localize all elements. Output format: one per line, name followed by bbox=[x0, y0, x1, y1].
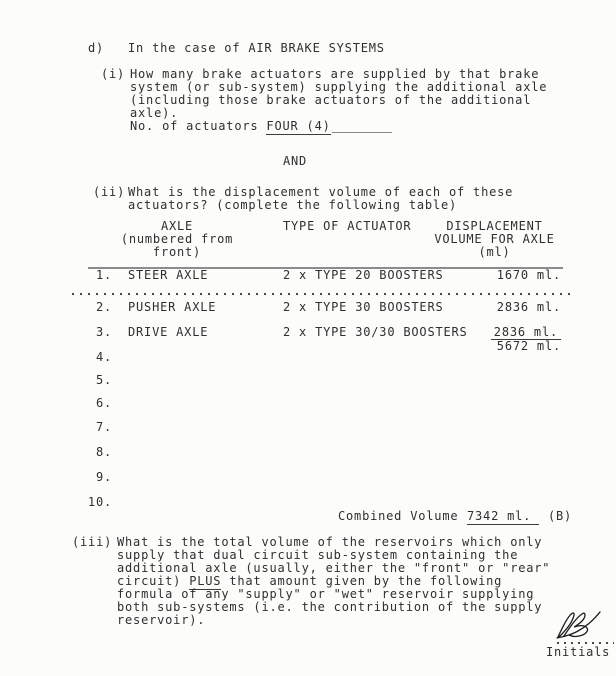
combined-volume-value: 7342 ml. bbox=[467, 510, 539, 523]
volume-cell: 2836 ml. bbox=[455, 301, 561, 314]
combined-volume-underlined: 7342 ml. bbox=[467, 509, 539, 525]
table-header-axle: front) bbox=[115, 246, 239, 259]
table-row-separator-dotted bbox=[72, 293, 571, 295]
actuator-cell: 2 x TYPE 30 BOOSTERS bbox=[283, 301, 444, 314]
volume-value-underlined: 2836 ml. bbox=[491, 325, 561, 340]
table-row-number: 6. bbox=[78, 397, 112, 410]
line-segment: circuit) bbox=[117, 574, 189, 588]
question-iii-label: (iii) bbox=[72, 536, 112, 549]
table-row-number: 2. bbox=[78, 301, 112, 314]
section-title: In the case of AIR BRAKE SYSTEMS bbox=[128, 42, 385, 55]
question-i-line: (including those brake actuators of the … bbox=[130, 94, 531, 107]
initials-label: Initials bbox=[546, 646, 610, 659]
volume-cell: 2836 ml. bbox=[455, 326, 561, 339]
answer-underline-extension bbox=[332, 132, 392, 134]
table-row-number: 7. bbox=[78, 421, 112, 434]
table-row-number: 1. bbox=[78, 269, 112, 282]
table-header-volume: (ml) bbox=[432, 246, 557, 259]
volume-cell-second: 5672 ml. bbox=[455, 340, 561, 353]
question-i-label: (i) bbox=[101, 68, 125, 81]
axle-cell: DRIVE AXLE bbox=[128, 326, 208, 339]
actuators-answer-line: No. of actuators FOUR (4) bbox=[130, 120, 331, 133]
question-ii-line: actuators? (complete the following table… bbox=[128, 199, 457, 212]
document-page: d) In the case of AIR BRAKE SYSTEMS (i) … bbox=[0, 0, 616, 676]
table-row-number: 5. bbox=[78, 374, 112, 387]
combined-volume-label: Combined Volume bbox=[338, 510, 458, 523]
table-row-number: 9. bbox=[78, 471, 112, 484]
question-iii-line: reservoir). bbox=[117, 614, 205, 627]
table-row-number: 10. bbox=[78, 496, 112, 509]
table-header-actuator: TYPE OF ACTUATOR bbox=[283, 220, 411, 233]
actuators-answer-value: FOUR (4) bbox=[266, 119, 330, 135]
table-row-number: 4. bbox=[78, 351, 112, 364]
line-segment: that amount given by the following bbox=[221, 574, 502, 588]
table-row-number: 3. bbox=[78, 326, 112, 339]
combined-volume-ref: (B) bbox=[548, 510, 572, 523]
volume-cell: 1670 ml. bbox=[455, 269, 561, 282]
initials-signature bbox=[556, 610, 604, 640]
signature-dotted-line bbox=[557, 642, 614, 644]
question-ii-label: (ii) bbox=[93, 186, 125, 199]
actuator-cell: 2 x TYPE 30/30 BOOSTERS bbox=[283, 326, 468, 339]
actuators-answer-label: No. of actuators bbox=[130, 119, 266, 133]
axle-cell: PUSHER AXLE bbox=[128, 301, 216, 314]
section-label: d) bbox=[88, 42, 104, 55]
table-row-number: 8. bbox=[78, 446, 112, 459]
and-connector: AND bbox=[283, 155, 307, 168]
axle-cell: STEER AXLE bbox=[128, 269, 208, 282]
actuator-cell: 2 x TYPE 20 BOOSTERS bbox=[283, 269, 444, 282]
